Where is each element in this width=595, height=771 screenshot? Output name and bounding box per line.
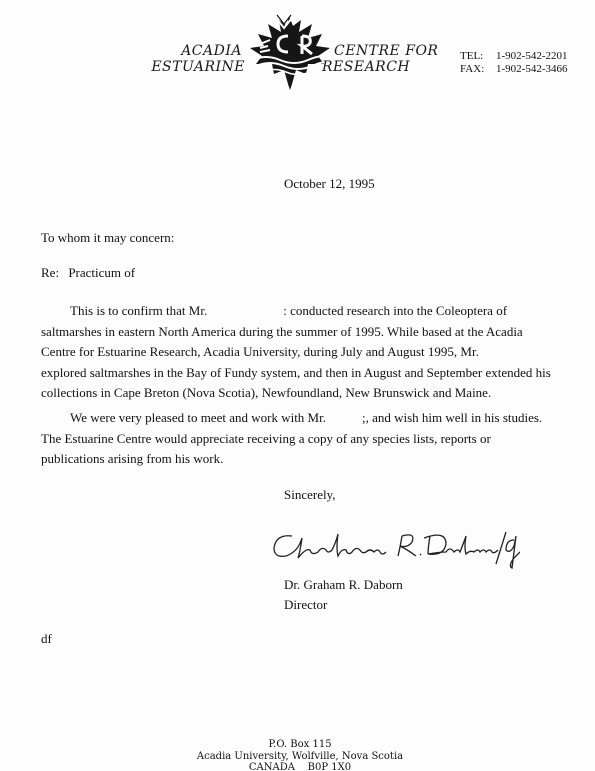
letter-date: October 12, 1995 — [284, 174, 375, 194]
text-segment: This is to confirm that Mr. — [70, 303, 207, 318]
telephone-line: TEL:1-902-542-2201 — [460, 50, 568, 63]
text-segment: ;, and wish him well in his studies. — [362, 410, 542, 425]
paragraph-2-line-1: We were very pleased to meet and work wi… — [41, 408, 571, 429]
paragraph-2-line-3: publications arising from his work. — [41, 449, 571, 470]
closing: Sincerely, — [284, 485, 336, 505]
contact-block: TEL:1-902-542-2201 FAX:1-902-542-3466 — [460, 50, 568, 76]
signer-name: Dr. Graham R. Daborn — [284, 575, 403, 595]
fax-number: 1-902-542-3466 — [496, 63, 568, 75]
org-name-acadia: ACADIA — [150, 43, 245, 59]
typist-initials: df — [41, 629, 52, 649]
handwritten-signature — [270, 522, 520, 572]
footer-country-postal: CANADA B0P 1X0 — [150, 762, 450, 771]
footer-university: Acadia University, Wolfville, Nova Scoti… — [150, 751, 450, 763]
fax-label: FAX: — [460, 63, 496, 76]
paragraph-1: This is to confirm that Mr.: conducted r… — [41, 301, 571, 404]
paragraph-1-line-3: Centre for Estuarine Research, Acadia Un… — [41, 342, 571, 363]
org-name-research: RESEARCH — [322, 59, 438, 75]
signer-title: Director — [284, 595, 327, 615]
org-name-right: CENTRE FOR RESEARCH — [334, 43, 438, 75]
paragraph-2: We were very pleased to meet and work wi… — [41, 408, 571, 470]
footer-po-box: P.O. Box 115 — [150, 739, 450, 751]
subject-text: Practicum of — [68, 265, 135, 280]
salutation: To whom it may concern: — [41, 228, 174, 248]
org-name-centre-for: CENTRE FOR — [334, 43, 438, 59]
subject-line: Re: Practicum of — [41, 263, 135, 283]
paragraph-1-line-4: explored saltmarshes in the Bay of Fundy… — [41, 363, 571, 384]
fax-line: FAX:1-902-542-3466 — [460, 63, 568, 76]
paragraph-1-line-1: This is to confirm that Mr.: conducted r… — [41, 301, 571, 322]
footer-address: P.O. Box 115 Acadia University, Wolfvill… — [150, 739, 450, 771]
text-segment: : conducted research into the Coleoptera… — [283, 303, 507, 318]
paragraph-2-line-2: The Estuarine Centre would appreciate re… — [41, 429, 571, 450]
tel-number: 1-902-542-2201 — [496, 50, 568, 62]
org-name-estuarine: ESTUARINE — [150, 59, 245, 75]
subject-label: Re: — [41, 265, 59, 280]
text-segment: We were very pleased to meet and work wi… — [70, 410, 326, 425]
paragraph-1-line-5: collections in Cape Breton (Nova Scotia)… — [41, 383, 571, 404]
signature-icon — [270, 522, 520, 572]
paragraph-1-line-2: saltmarshes in eastern North America dur… — [41, 322, 571, 343]
tel-label: TEL: — [460, 50, 496, 63]
maple-leaf-wave-logo-icon — [246, 14, 332, 90]
org-name-left: ACADIA ESTUARINE — [150, 43, 245, 75]
